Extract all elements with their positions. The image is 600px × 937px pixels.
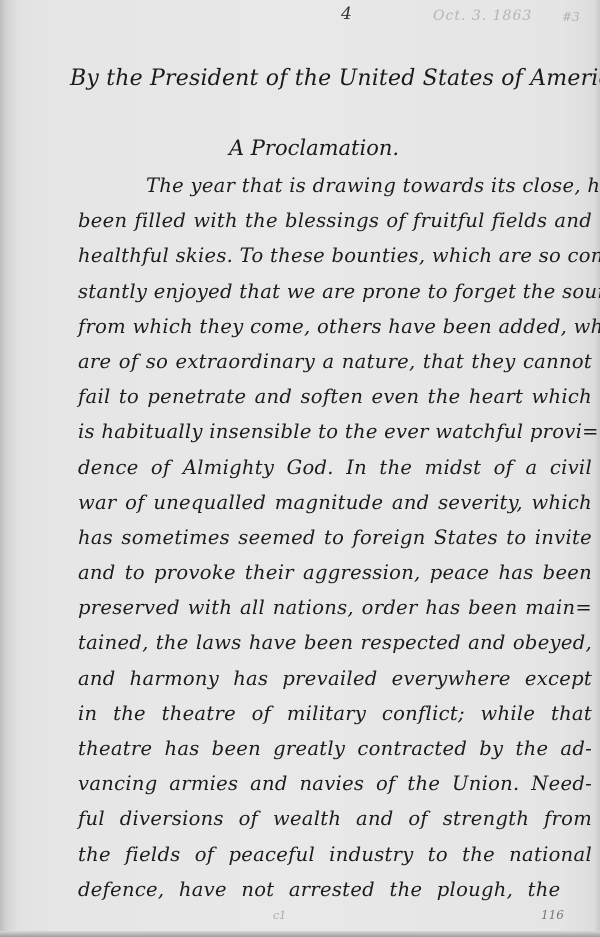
body-line: in the theatre of military conflict; whi… (78, 696, 592, 731)
body-line: war of unequalled magnitude and severity… (78, 485, 592, 520)
document-heading: By the President of the United States of… (70, 66, 590, 91)
body-line: ful diversions of wealth and of strength… (78, 801, 592, 836)
body-line: been filled with the blessings of fruitf… (78, 203, 592, 238)
document-title: A Proclamation. (0, 136, 600, 160)
body-line: and harmony has prevailed everywhere exc… (78, 661, 592, 696)
body-line: preserved with all nations, order has be… (78, 590, 592, 625)
body-line: theatre has been greatly contracted by t… (78, 731, 592, 766)
page-number-mark: 4 (341, 4, 352, 24)
manuscript-page: 4 Oct. 3. 1863 #3 By the President of th… (0, 0, 600, 937)
pencil-date-annotation: Oct. 3. 1863 (433, 8, 532, 24)
body-line: The year that is drawing towards its clo… (78, 168, 592, 203)
body-line: vancing armies and navies of the Union. … (78, 766, 592, 801)
body-line: fail to penetrate and soften even the he… (78, 379, 592, 414)
body-line: defence, have not arrested the plough, t… (78, 872, 592, 907)
body-line: stantly enjoyed that we are prone to for… (78, 274, 592, 309)
proclamation-body: The year that is drawing towards its clo… (78, 168, 592, 907)
body-line: from which they come, others have been a… (78, 309, 592, 344)
pencil-corner-annotation: #3 (562, 10, 580, 24)
body-line: is habitually insensible to the ever wat… (78, 414, 592, 449)
body-line: has sometimes seemed to foreign States t… (78, 520, 592, 555)
archive-mark-left: c1 (273, 909, 286, 922)
body-line: dence of Almighty God. In the midst of a… (78, 450, 592, 485)
body-line: are of so extraordinary a nature, that t… (78, 344, 592, 379)
archive-mark-right: 116 (541, 908, 564, 922)
body-line: and to provoke their aggression, peace h… (78, 555, 592, 590)
body-line: the fields of peaceful industry to the n… (78, 837, 592, 872)
body-line: tained, the laws have been respected and… (78, 625, 592, 660)
body-line: healthful skies. To these bounties, whic… (78, 238, 592, 273)
